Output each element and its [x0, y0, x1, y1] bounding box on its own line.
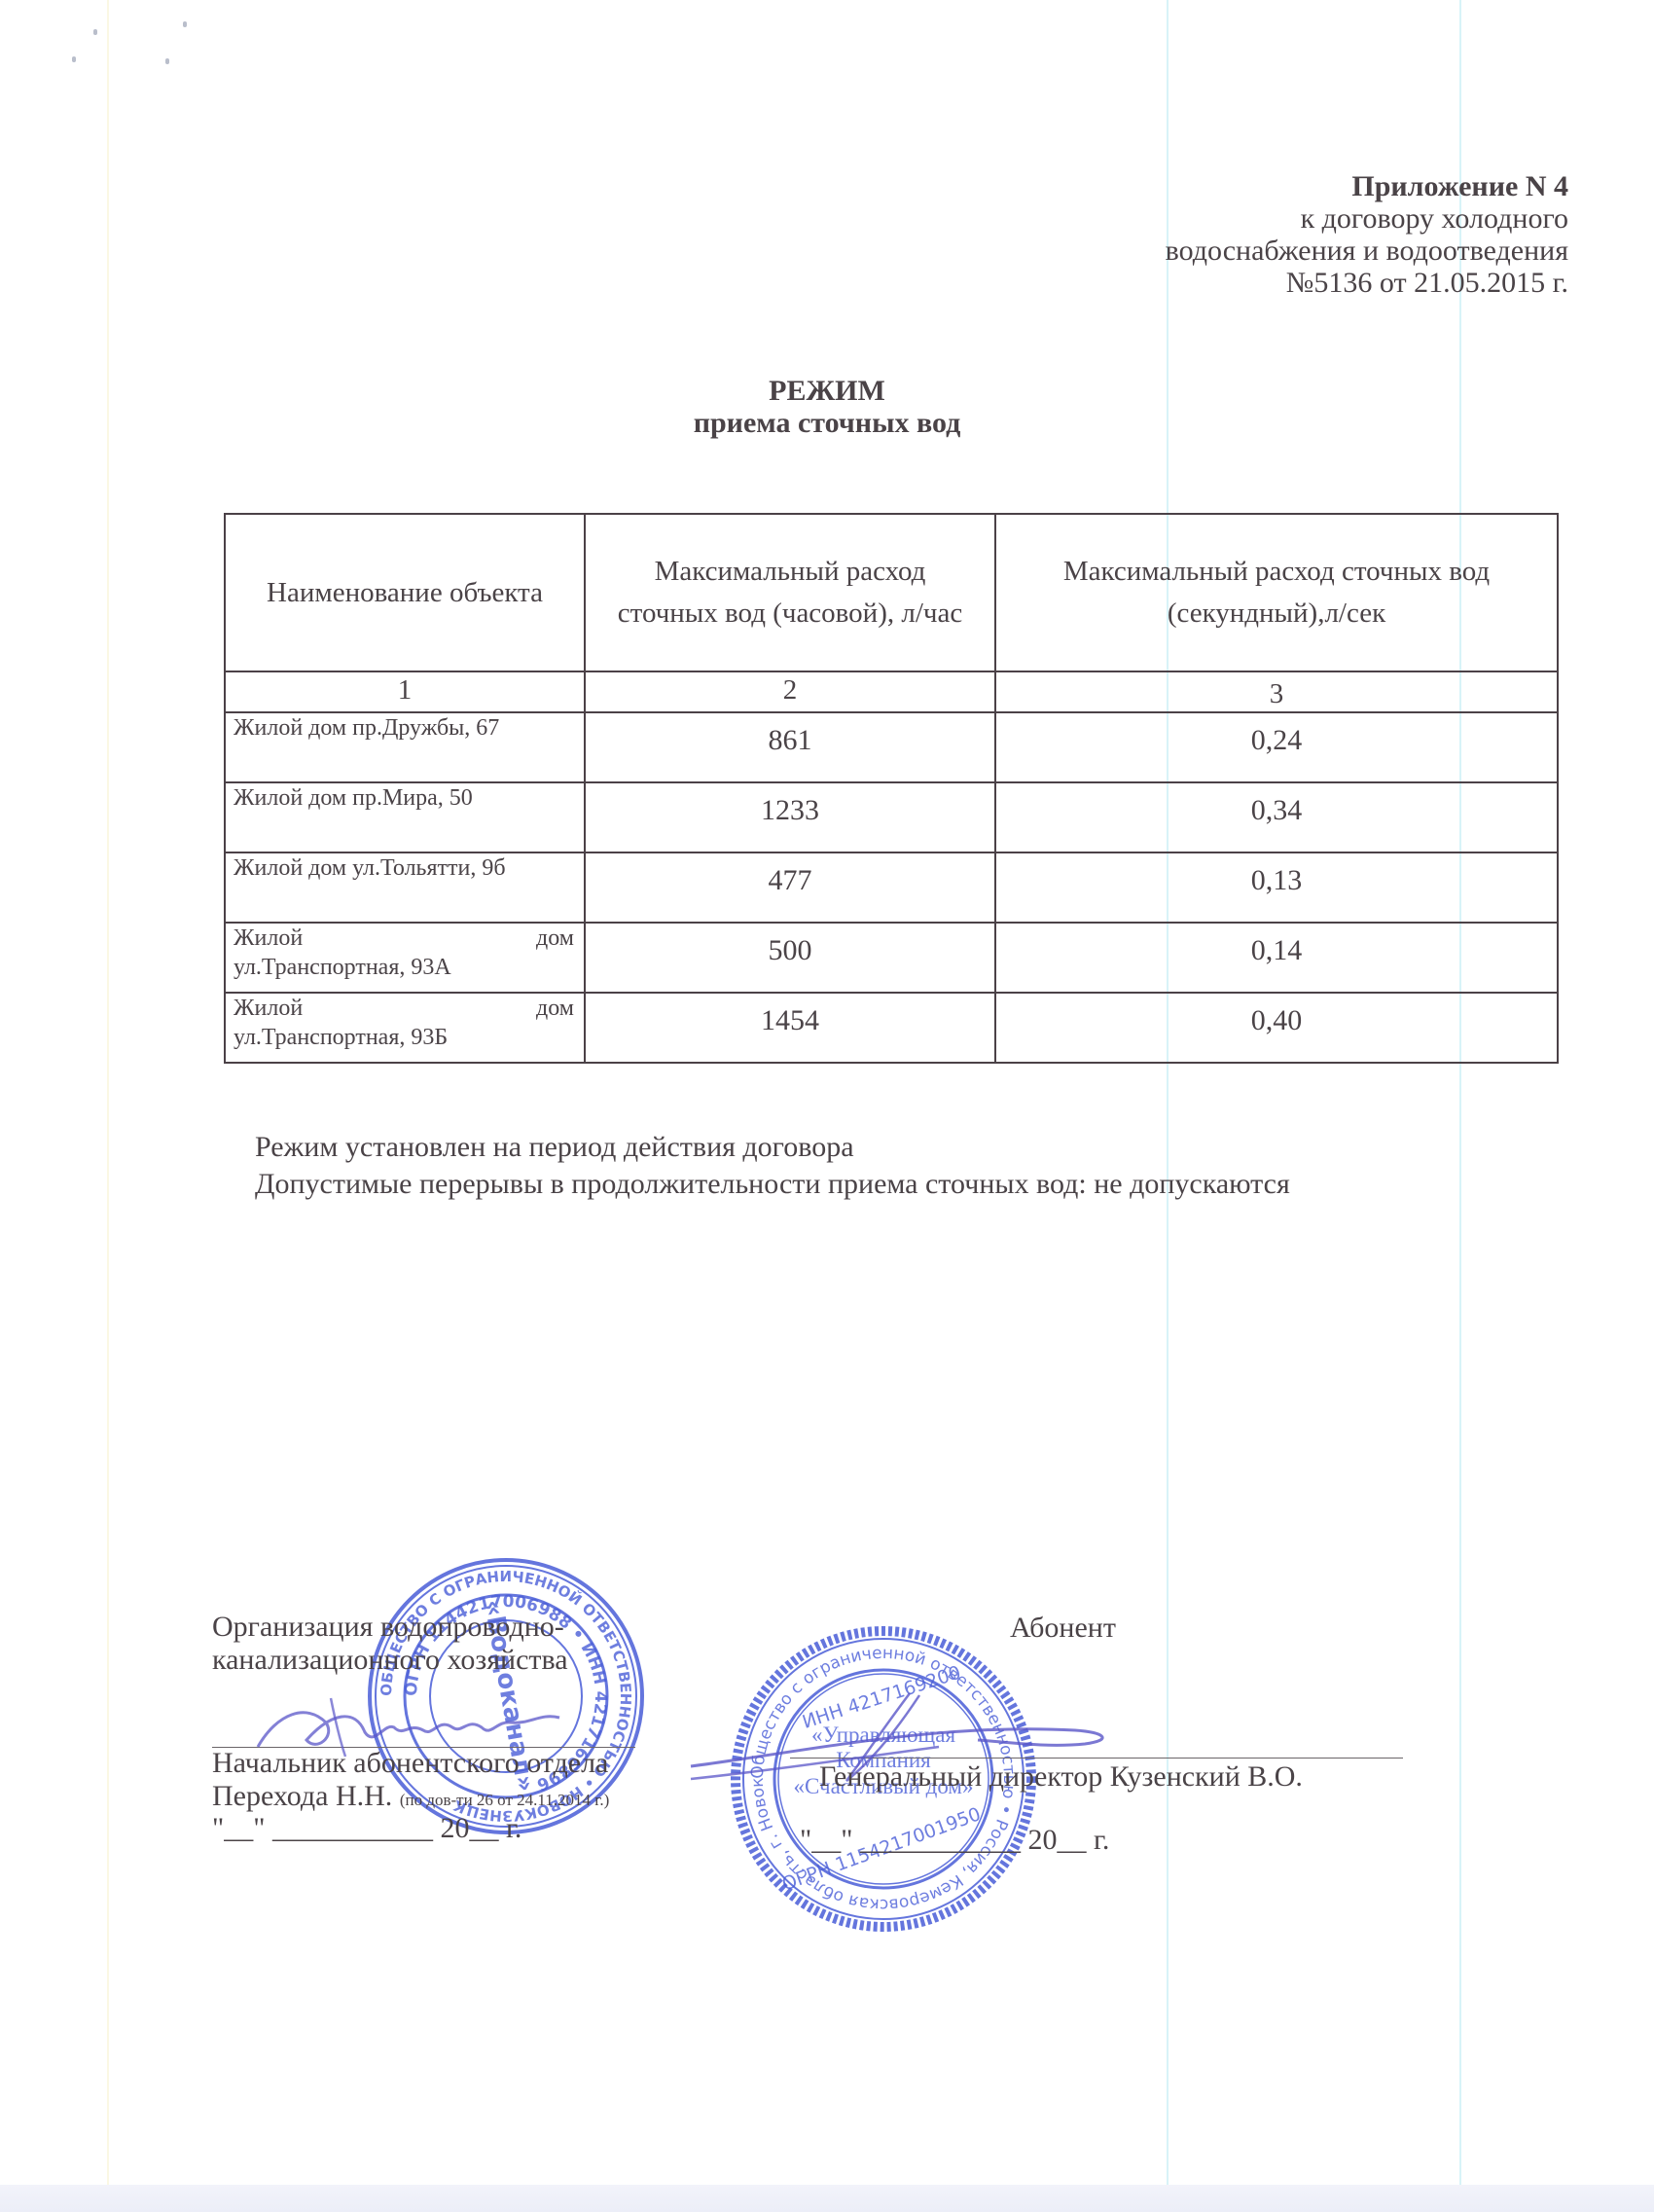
signature-date-left: "__" ___________ 20__ г.: [212, 1812, 521, 1845]
object-name: Жилой дом ул.Тольятти, 9б: [225, 852, 585, 923]
per-second-value: 0,24: [995, 712, 1558, 782]
supplier-organization-label: Организация водопроводно- канализационно…: [212, 1611, 568, 1677]
column-number: 3: [995, 671, 1558, 712]
table-row: Жилой дом ул.Тольятти, 9б 477 0,13: [225, 852, 1558, 923]
table-row: Жилой дом пр.Мира, 50 1233 0,34: [225, 782, 1558, 852]
per-second-value: 0,40: [995, 993, 1558, 1063]
scan-dust: [183, 21, 187, 27]
title-main: РЕЖИМ: [0, 375, 1654, 407]
supplier-signatory: Начальник абонентского отдела Перехода Н…: [212, 1747, 609, 1817]
object-name: Жилой дом пр.Дружбы, 67: [225, 712, 585, 782]
org-line: Организация водопроводно-: [212, 1611, 568, 1644]
per-second-value: 0,13: [995, 852, 1558, 923]
wastewater-regime-table: Наименование объекта Максимальный расход…: [224, 513, 1559, 1064]
document-title: РЕЖИМ приема сточных вод: [0, 375, 1654, 439]
annex-header: Приложение N 4 к договору холодного водо…: [1166, 170, 1568, 299]
scan-artifact-line: [1167, 0, 1169, 2212]
column-number: 1: [225, 671, 585, 712]
object-name: Жилойдом ул.Транспортная, 93Б: [225, 993, 585, 1063]
scan-artifact-line: [1459, 0, 1461, 2212]
header-per-second: Максимальный расход сточных вод (секундн…: [995, 514, 1558, 671]
signatory-role: Начальник абонентского отдела: [212, 1747, 609, 1780]
hourly-value: 1454: [585, 993, 995, 1063]
scan-dust: [93, 29, 97, 35]
header-hourly: Максимальный расход сточных вод (часовой…: [585, 514, 995, 671]
subscriber-label: Абонент: [1010, 1612, 1116, 1645]
object-name-part: ул.Транспортная, 93А: [234, 953, 584, 982]
table-header-row: Наименование объекта Максимальный расход…: [225, 514, 1558, 671]
hourly-value: 1233: [585, 782, 995, 852]
object-name-part: дом: [536, 994, 574, 1023]
scan-artifact-line: [107, 0, 109, 2212]
annex-line: к договору холодного: [1166, 202, 1568, 235]
regime-notes: Режим установлен на период действия дого…: [255, 1129, 1290, 1203]
per-second-value: 0,14: [995, 923, 1558, 993]
object-name: Жилой дом пр.Мира, 50: [225, 782, 585, 852]
table-row: Жилой дом пр.Дружбы, 67 861 0,24: [225, 712, 1558, 782]
object-name-part: Жилой: [234, 924, 303, 953]
column-numbers-row: 1 2 3: [225, 671, 1558, 712]
object-name-part: Жилой: [234, 994, 303, 1023]
scan-edge: [0, 2185, 1654, 2212]
annex-line: водоснабжения и водоотведения: [1166, 235, 1568, 267]
signatory-name: Перехода Н.Н.: [212, 1780, 392, 1812]
scan-dust: [165, 58, 169, 64]
scan-dust: [72, 56, 76, 62]
object-name-part: дом: [536, 924, 574, 953]
signature-date-right: "__" ___________ 20__ г.: [800, 1824, 1109, 1857]
header-object-name: Наименование объекта: [225, 514, 585, 671]
table-row: Жилойдом ул.Транспортная, 93А 500 0,14: [225, 923, 1558, 993]
signatory-authority: (по дов-ти 26 от 24.11.2014 г.): [400, 1791, 609, 1809]
note-interruptions: Допустимые перерывы в продолжительности …: [255, 1166, 1290, 1203]
annex-contract-number: №5136 от 21.05.2015 г.: [1166, 267, 1568, 299]
title-subtitle: приема сточных вод: [0, 407, 1654, 439]
subscriber-signatory: Генеральный директор Кузенский В.О.: [819, 1760, 1303, 1794]
table-row: Жилойдом ул.Транспортная, 93Б 1454 0,40: [225, 993, 1558, 1063]
object-name-part: ул.Транспортная, 93Б: [234, 1023, 584, 1052]
column-number: 2: [585, 671, 995, 712]
org-line: канализационного хозяйства: [212, 1644, 568, 1677]
hourly-value: 477: [585, 852, 995, 923]
hourly-value: 861: [585, 712, 995, 782]
per-second-value: 0,34: [995, 782, 1558, 852]
note-period: Режим установлен на период действия дого…: [255, 1129, 1290, 1166]
annex-title: Приложение N 4: [1166, 170, 1568, 202]
object-name: Жилойдом ул.Транспортная, 93А: [225, 923, 585, 993]
hourly-value: 500: [585, 923, 995, 993]
